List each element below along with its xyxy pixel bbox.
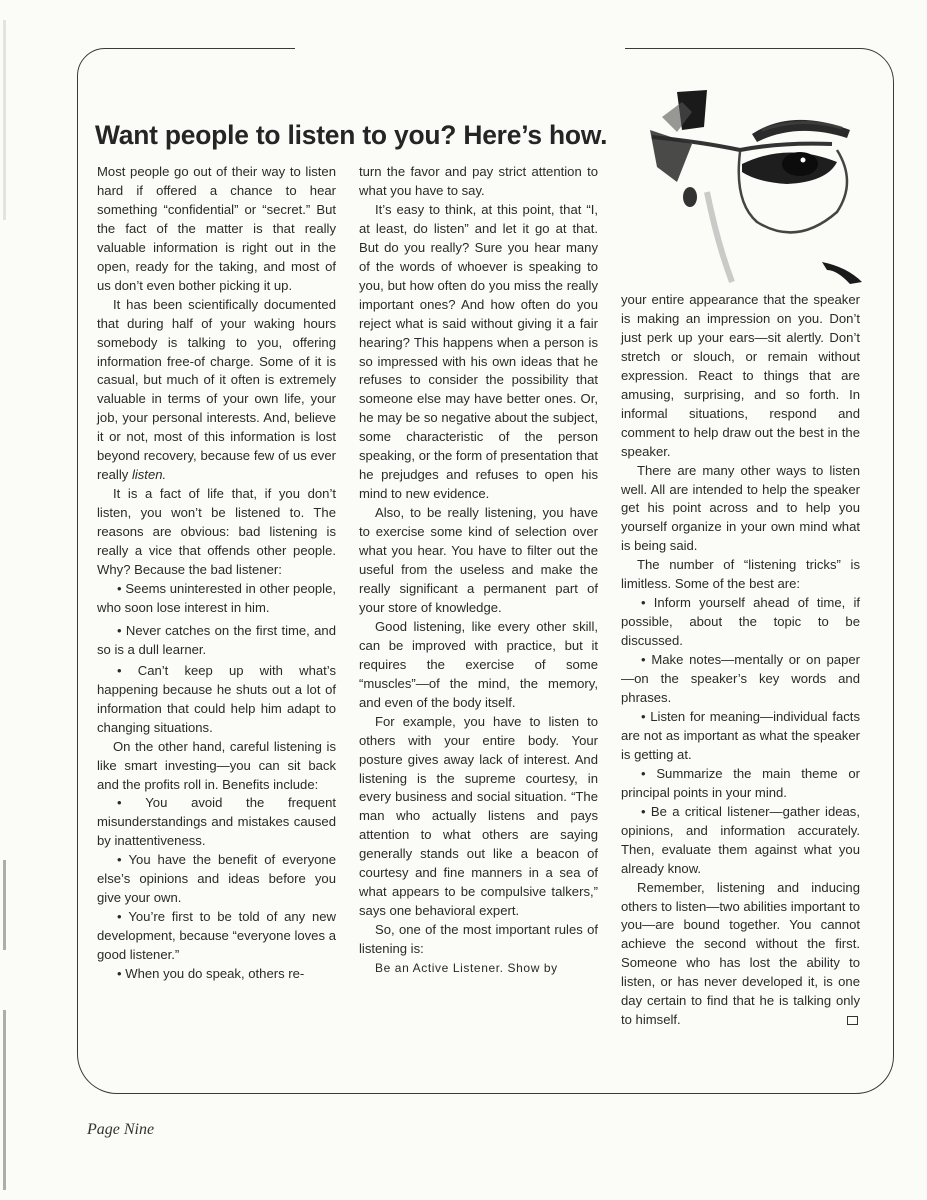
bullet-item: Inform yourself ahead of time, if possib… [621,594,860,651]
page-number-label: Page Nine [87,1121,154,1139]
paragraph: It is a fact of life that, if you don’t … [97,485,336,580]
bullet-item: Seems uninterested in other people, who … [97,580,336,618]
bullet-item: Listen for meaning—individual facts are … [621,708,860,765]
bullet-item: Summarize the main theme or principal po… [621,765,860,803]
article-column-3: your entire appearance that the speaker … [621,291,860,1030]
paragraph: For example, you have to listen to other… [359,713,598,921]
article-headline: Want people to listen to you? Here’s how… [95,120,607,151]
frame-gap [295,44,625,52]
paragraph: Remember, listening and inducing others … [621,879,860,1031]
bullet-item: Be a critical listener—gather ideas, opi… [621,803,860,879]
paragraph: On the other hand, careful listening is … [97,738,336,795]
paragraph: It’s easy to think, at this point, that … [359,201,598,504]
paragraph: So, one of the most important rules of l… [359,921,598,959]
paragraph: The number of “listening tricks” is limi… [621,556,860,594]
bullet-item: You have the benefit of everyone else’s … [97,851,336,908]
bullet-item: Can’t keep up with what’s happening beca… [97,662,336,738]
bullet-item: You avoid the frequent misunderstandings… [97,794,336,851]
binding-edge [0,0,10,1200]
article-column-2: turn the favor and pay strict attention … [359,163,598,978]
paragraph: There are many other ways to listen well… [621,462,860,557]
continuation-paragraph: your entire appearance that the speaker … [621,291,860,462]
lead-paragraph: Most people go out of their way to liste… [97,163,336,296]
continuation-paragraph: turn the favor and pay strict attention … [359,163,598,201]
bullet-item: Never catches on the first time, and so … [97,622,336,660]
paragraph: Also, to be really listening, you have t… [359,504,598,618]
eyeglasses-photo [622,72,864,286]
bullet-item: When you do speak, others re- [97,965,336,984]
article-column-1: Most people go out of their way to liste… [97,163,336,984]
end-of-article-square-icon [847,1016,858,1025]
eye-with-glasses-icon [622,72,864,286]
paragraph: Good listening, like every other skill, … [359,618,598,713]
bullet-item: Make notes—mentally or on paper—on the s… [621,651,860,708]
bullet-item: You’re first to be told of any new devel… [97,908,336,965]
paragraph: It has been scientifically documented th… [97,296,336,486]
rule-heading: Be an Active Listener. Show by [359,959,598,978]
